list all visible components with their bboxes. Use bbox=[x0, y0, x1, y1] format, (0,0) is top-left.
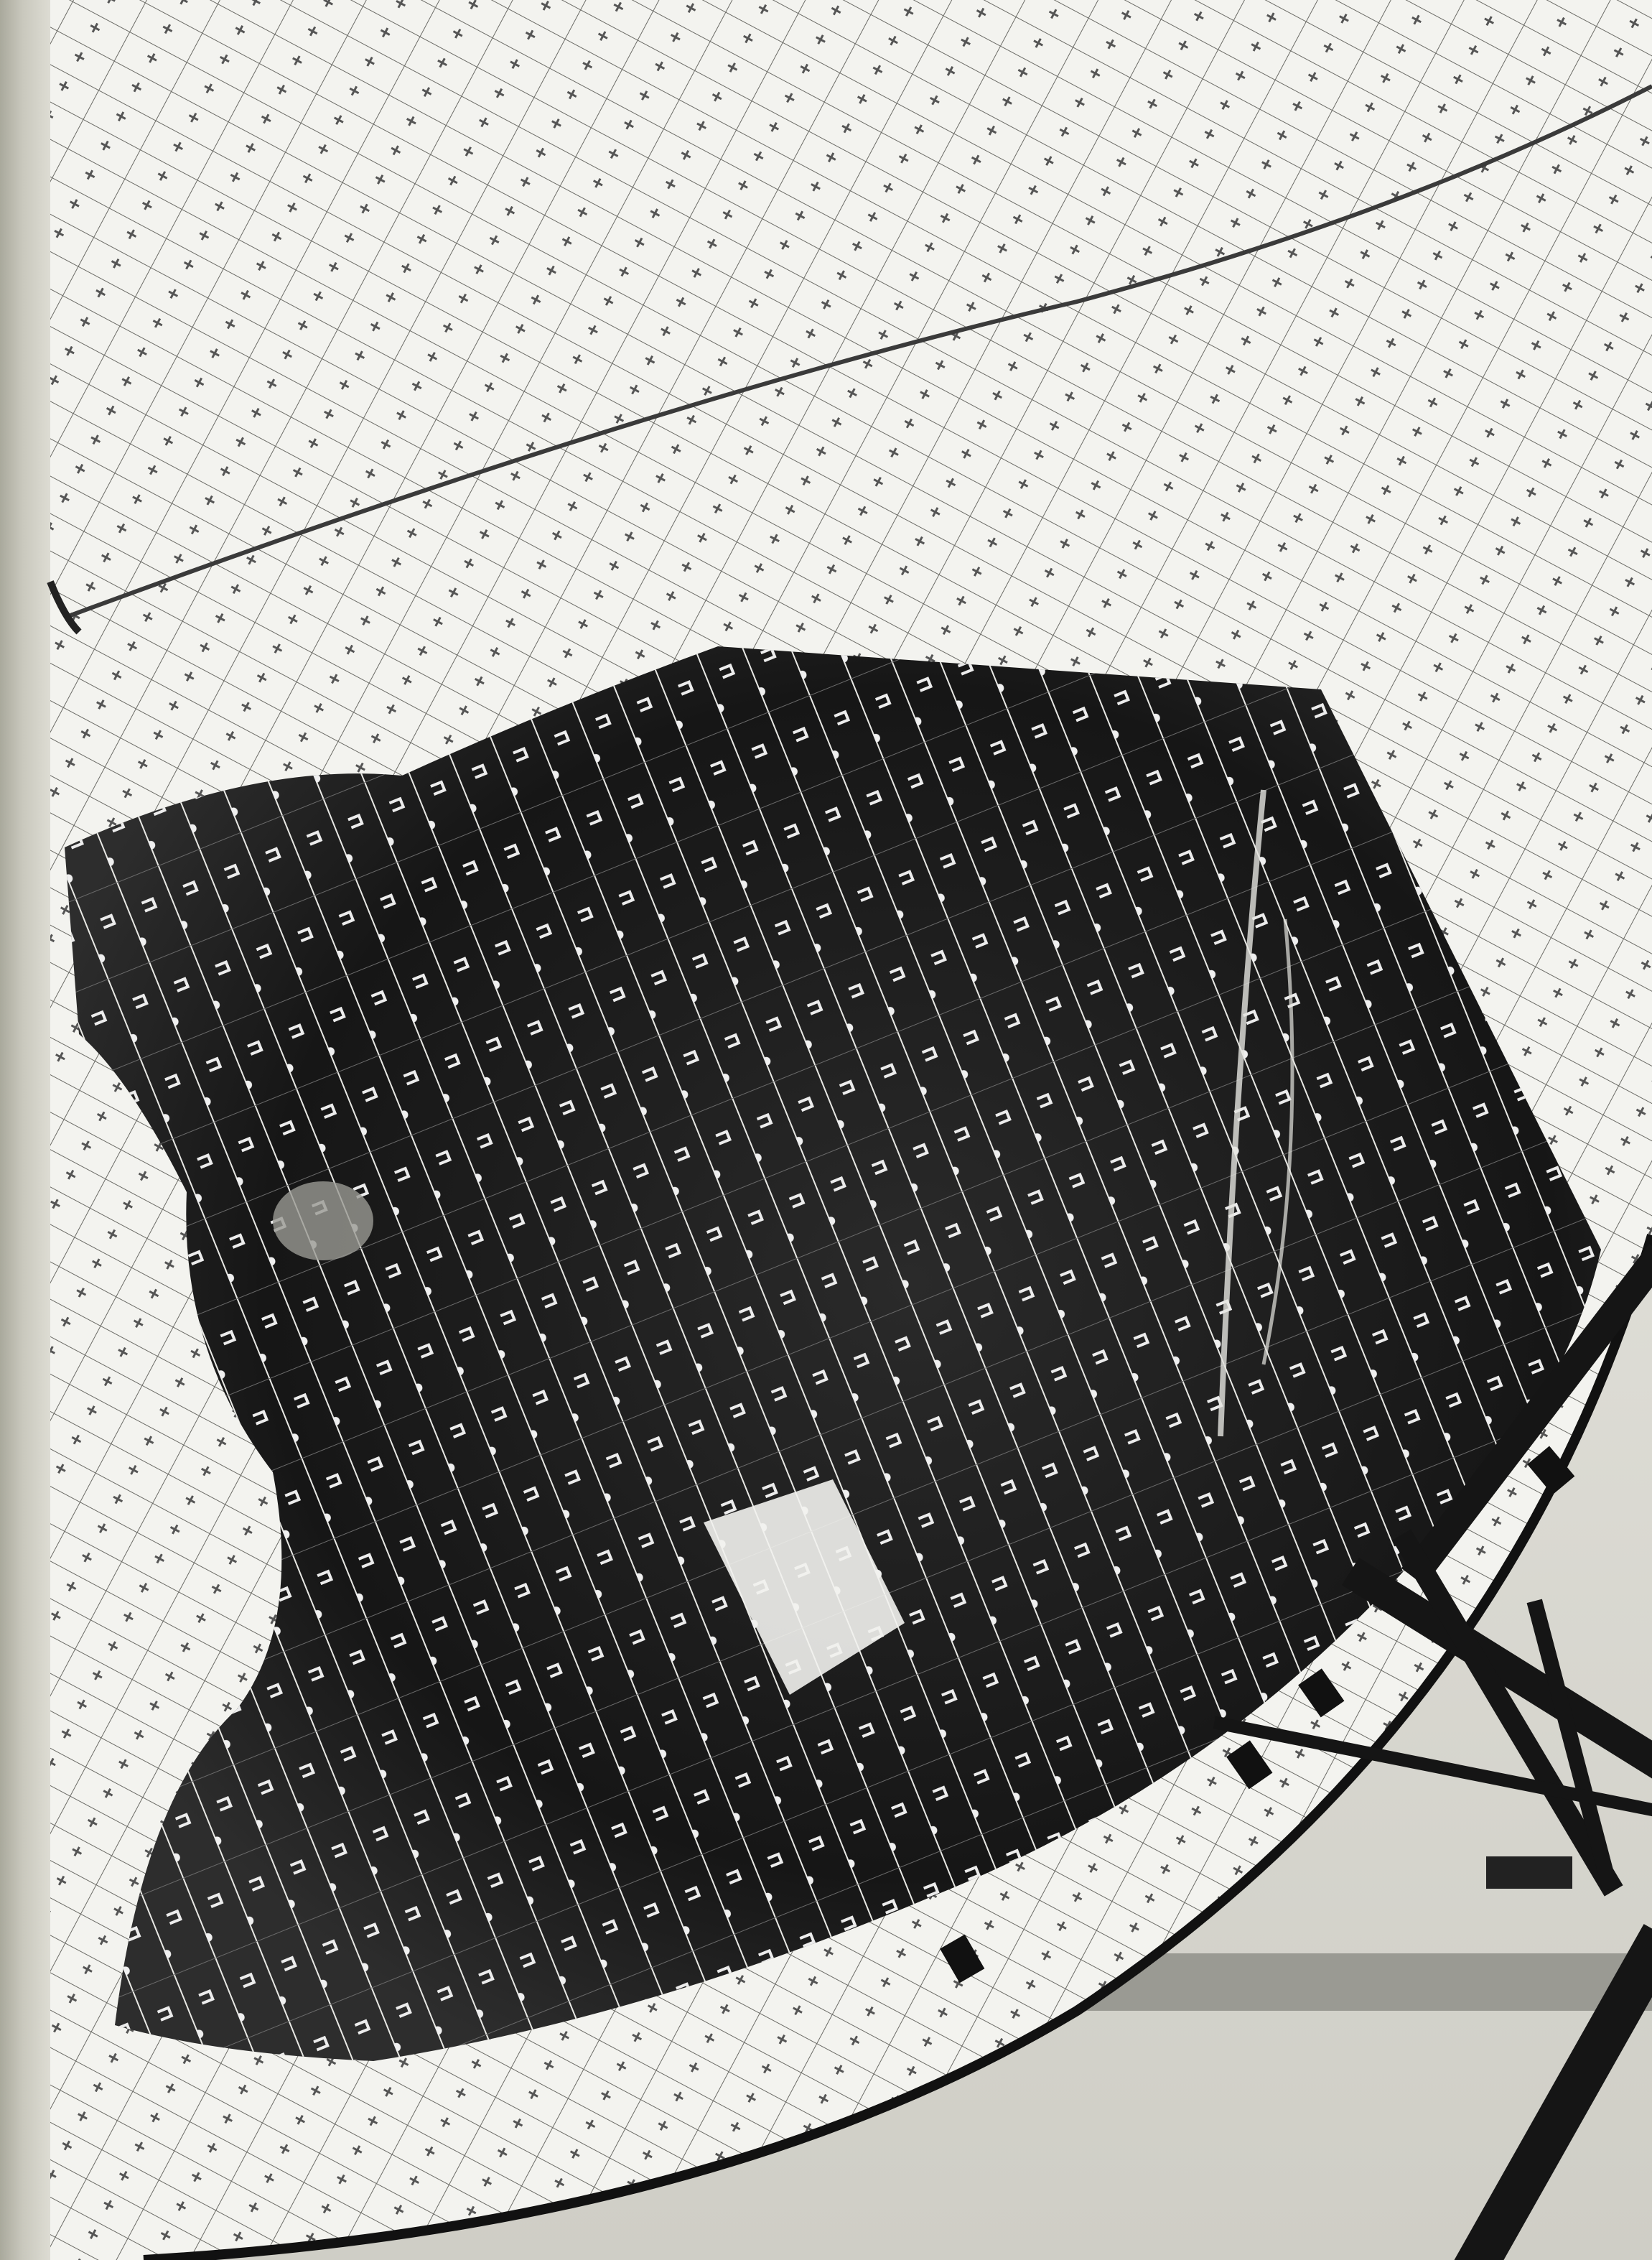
photograph bbox=[0, 0, 1652, 2260]
reflection-highlight bbox=[273, 1181, 373, 1260]
solar-dish-illustration bbox=[0, 0, 1652, 2260]
background-window bbox=[1486, 1856, 1572, 1889]
